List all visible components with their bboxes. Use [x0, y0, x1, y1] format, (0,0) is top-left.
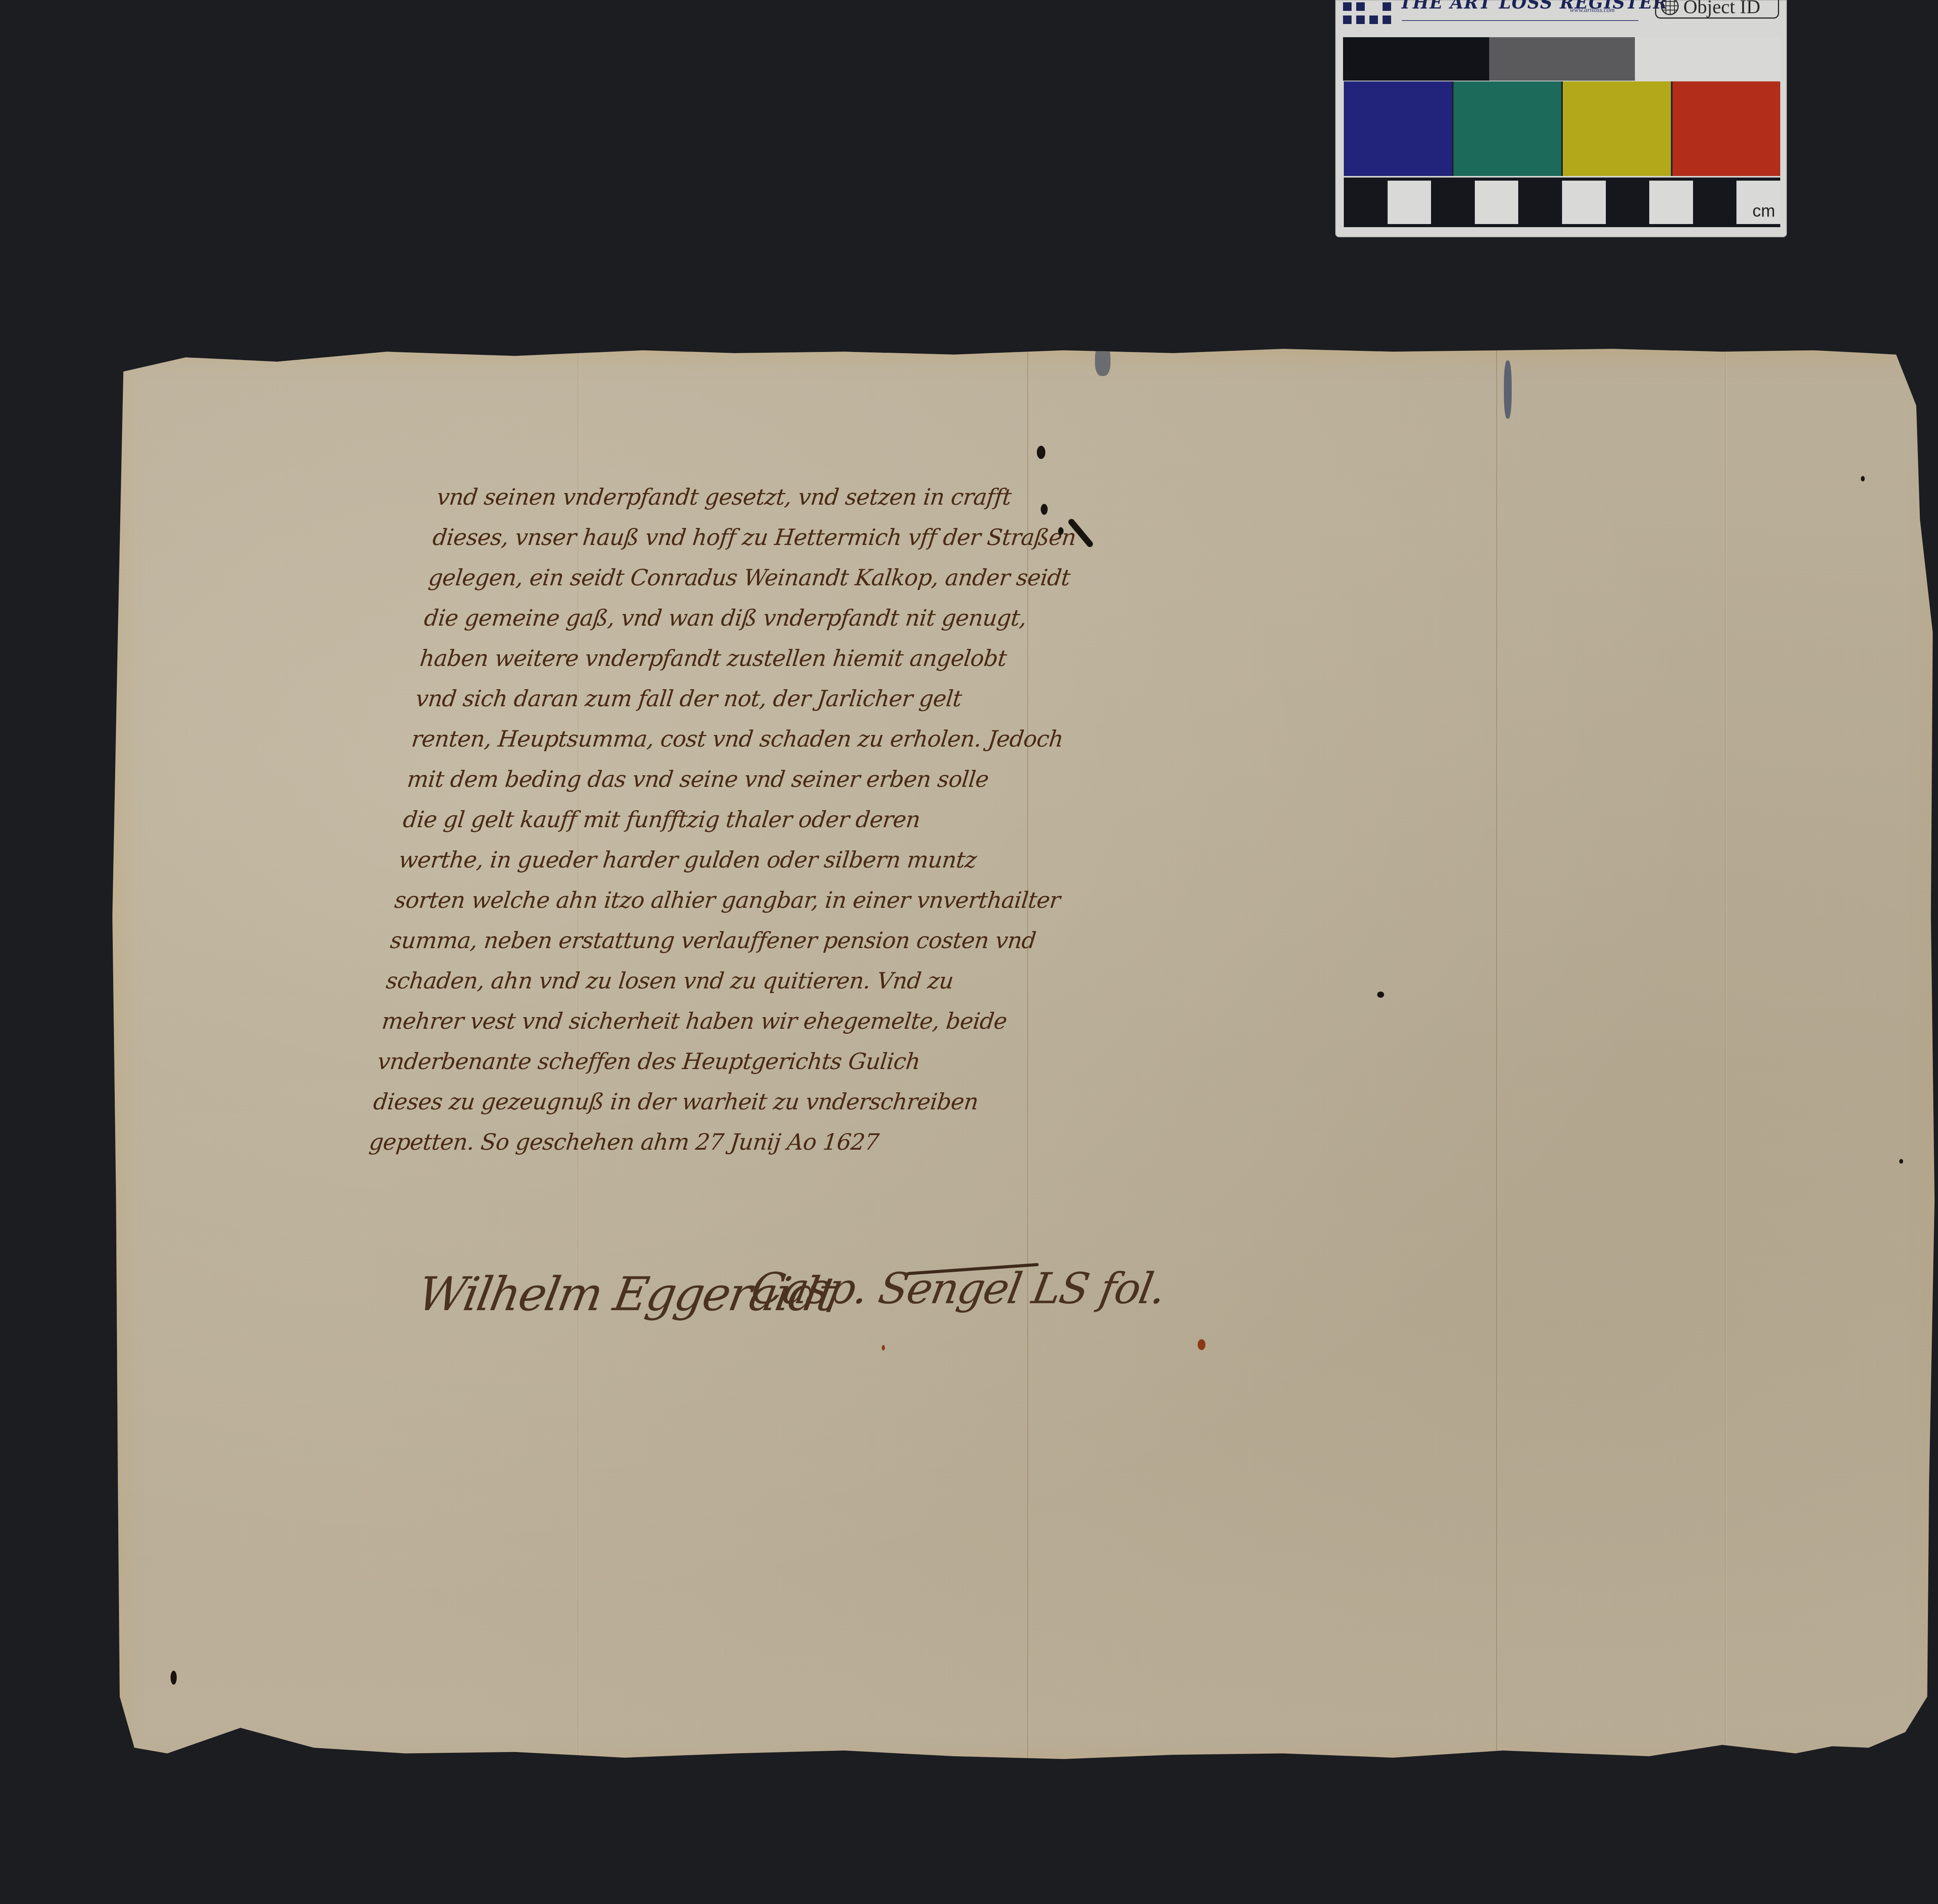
color-patches [1344, 81, 1780, 176]
green-patch [1453, 81, 1562, 176]
red-patch [1672, 81, 1781, 176]
tape-residue [1095, 345, 1110, 376]
grey-scale-patches [1343, 37, 1781, 81]
text-line: dieses, vnser hauß vnd hoff zu Hettermic… [431, 517, 1036, 557]
object-id-badge: Object ID [1655, 0, 1779, 19]
ink-dot [1861, 476, 1865, 481]
text-line: vnderbenante scheffen des Heuptgerichts … [376, 1041, 981, 1081]
text-line: haben weitere vnderpfandt zustellen hiem… [418, 638, 1023, 678]
cm-unit-label: cm [1752, 202, 1775, 221]
text-line: summa, neben erstattung verlauffener pen… [388, 920, 993, 961]
card-divider [1402, 20, 1638, 21]
text-line: gepetten. So geschehen ahm 27 Junij Ao 1… [367, 1122, 972, 1162]
tape-residue [1504, 360, 1512, 419]
text-line: renten, Heuptsumma, cost vnd schaden zu … [409, 719, 1014, 759]
ink-dot [1934, 498, 1938, 504]
ink-blot [1058, 527, 1064, 535]
card-url: www.artloss.com [1570, 6, 1615, 14]
text-line: vnd seinen vnderpfandt gesetzt, vnd setz… [435, 477, 1040, 517]
text-line: sorten welche ahn itzo alhier gangbar, i… [393, 880, 998, 920]
text-line: vnd sich daran zum fall der not, der Jar… [414, 678, 1019, 719]
text-line: mehrer vest vnd sicherheit haben wir ehe… [380, 1001, 985, 1041]
ink-dot [1899, 1159, 1903, 1164]
object-id-label: Object ID [1683, 0, 1760, 17]
ink-blot [1037, 446, 1045, 459]
globe-icon [1661, 0, 1679, 15]
manuscript-bifolium: vnd seinen vnderpfandt gesetzt, vnd setz… [112, 349, 1938, 1768]
edge-hole [171, 1671, 177, 1685]
text-line: schaden, ahn vnd zu losen vnd zu quitier… [384, 961, 989, 1001]
blue-patch [1344, 81, 1452, 176]
rust-stain [882, 1345, 885, 1350]
yellow-patch [1563, 81, 1671, 176]
text-line: gelegen, ein seidt Conradus Weinandt Kal… [426, 557, 1031, 598]
text-line: die gl gelt kauff mit funfftzig thaler o… [401, 799, 1006, 840]
grey-patch [1489, 37, 1635, 81]
ink-blot [1041, 504, 1048, 515]
black-patch [1343, 37, 1489, 81]
text-line: mit dem beding das vnd seine vnd seiner … [405, 759, 1010, 799]
cm-scale-bar [1344, 178, 1780, 227]
text-line: werthe, in gueder harder gulden oder sil… [397, 840, 1002, 880]
text-line: die gemeine gaß, vnd wan diß vnderpfandt… [422, 598, 1027, 638]
fold-line-far-right [1725, 349, 1727, 1768]
card-brand-text: THE ART LOSS REGISTER [1399, 0, 1668, 13]
rust-stain [1198, 1339, 1205, 1350]
fold-line-right [1496, 349, 1498, 1768]
white-patch [1635, 37, 1781, 81]
artloss-logo-icon [1342, 0, 1393, 27]
color-calibration-card: THE ART LOSS REGISTER www.artloss.com Ob… [1335, 0, 1787, 237]
ink-dot [1377, 992, 1384, 998]
handwritten-text-block: vnd seinen vnderpfandt gesetzt, vnd setz… [367, 477, 1040, 1162]
text-line: dieses zu gezeugnuß in der warheit zu vn… [371, 1081, 976, 1122]
